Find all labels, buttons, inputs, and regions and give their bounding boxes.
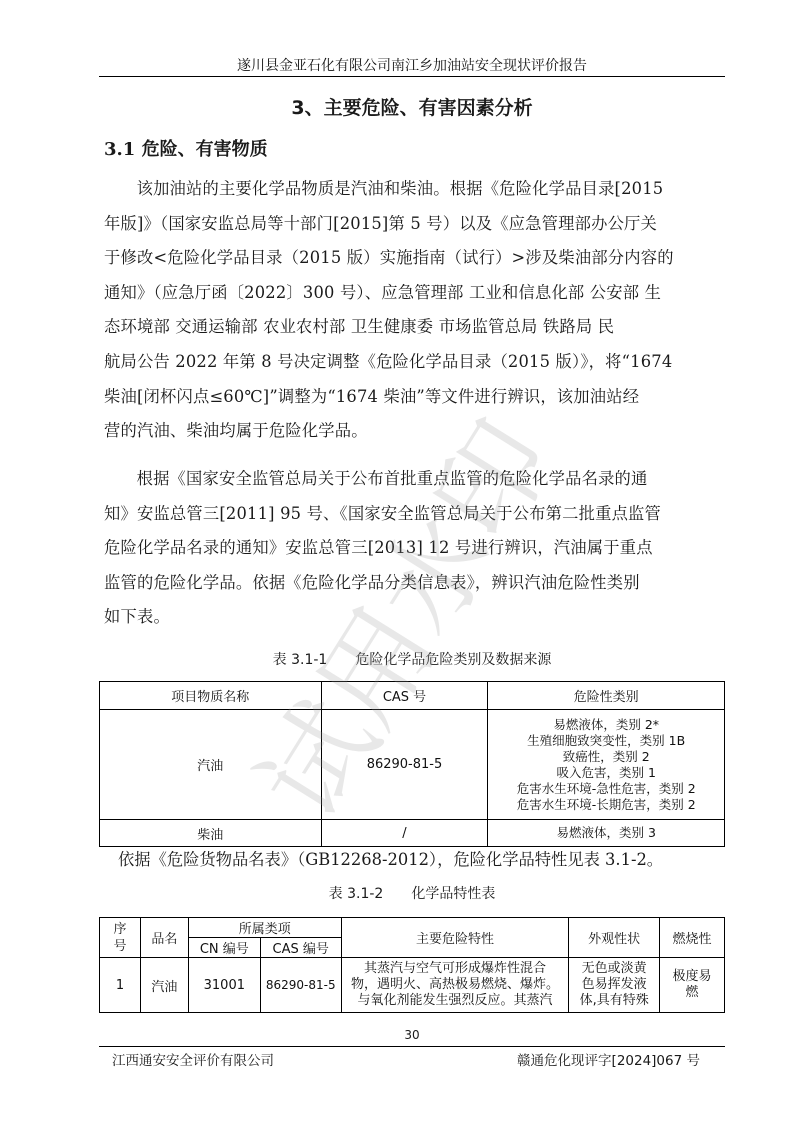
footer-doc-number: 赣通危化现评字[2024]067 号 — [517, 1049, 700, 1069]
paragraph-line: 年版]》（国家安监总局等十部门[2015]第 5 号）以及《应急管理部办公厅关 — [104, 207, 720, 242]
flammability-line: 燃 — [660, 985, 724, 1001]
hazard-line: 与氧化剂能发生强烈反应。其蒸汽 — [342, 993, 569, 1009]
table-header-row: 序号 品名 所属类项 主要危险特性 外观性状 燃烧性 — [100, 918, 725, 938]
paragraph-line: 危险化学品名录的通知》安监总管三[2013] 12 号进行辨识，汽油属于重点 — [104, 531, 720, 566]
running-header: 遂川县金亚石化有限公司南江乡加油站安全现状评价报告 — [99, 58, 725, 74]
table2-caption: 表 3.1-2化学品特性表 — [99, 885, 725, 903]
paragraph-line: 如下表。 — [104, 600, 720, 635]
paragraph-line: 态环境部 交通运输部 农业农村部 卫生健康委 市场监管总局 铁路局 民 — [104, 310, 720, 345]
hazard-class: 易燃液体，类别 2* — [488, 717, 724, 733]
appearance-line: 色易挥发液 — [569, 977, 659, 993]
page-number: 30 — [99, 1028, 725, 1042]
column-header-appearance: 外观性状 — [569, 918, 660, 958]
hazard-class: 生殖细胞致突变性，类别 1B — [488, 733, 724, 749]
table1-caption-title: 危险化学品危险类别及数据来源 — [355, 652, 551, 668]
hazard-classes: 易燃液体，类别 2* 生殖细胞致突变性，类别 1B 致癌性，类别 2 吸入危害，… — [488, 710, 725, 820]
chapter-title: 3、主要危险、有害因素分析 — [99, 95, 725, 121]
flammability-line: 极度易 — [660, 969, 724, 985]
header-divider — [99, 76, 725, 77]
paragraph-line: 知》安监总管三[2011] 95 号、《国家安全监管总局关于公布第二批重点监管 — [104, 497, 720, 532]
hazard-category-table: 项目物质名称 CAS 号 危险性类别 汽油 86290-81-5 易燃液体，类别… — [99, 681, 725, 847]
table-row: 1 汽油 31001 86290-81-5 其蒸汽与空气可形成爆炸性混合 物，遇… — [100, 958, 725, 1013]
cas-number: 86290-81-5 — [321, 710, 488, 820]
column-header-cn: CN 编号 — [188, 938, 260, 958]
column-header-name: 品名 — [140, 918, 188, 958]
appearance-cell: 无色或淡黄 色易挥发液 体,具有特殊 — [569, 958, 660, 1013]
column-header-category: 所属类项 — [188, 918, 341, 938]
column-header-hazard: 主要危险特性 — [341, 918, 569, 958]
table1-caption: 表 3.1-1危险化学品危险类别及数据来源 — [99, 651, 725, 669]
column-header-hazard-class: 危险性类别 — [488, 682, 725, 710]
hazard-line: 物，遇明火、高热极易燃烧、爆炸。 — [342, 977, 569, 993]
flammability-cell: 极度易 燃 — [660, 958, 725, 1013]
paragraph-after-table1: 依据《危险货物品名表》（GB12268-2012），危险化学品特性见表 3.1-… — [118, 850, 663, 870]
paragraph-line: 根据《国家安全监管总局关于公布首批重点监管的危险化学品名录的通 — [104, 462, 720, 497]
section-title: 3.1 危险、有害物质 — [104, 137, 268, 163]
hazard-cell: 其蒸汽与空气可形成爆炸性混合 物，遇明火、高热极易燃烧、爆炸。 与氧化剂能发生强… — [341, 958, 569, 1013]
appearance-line: 无色或淡黄 — [569, 961, 659, 977]
substance-name: 柴油 — [100, 820, 322, 847]
name-cell: 汽油 — [140, 958, 188, 1013]
hazard-class: 危害水生环境-长期危害，类别 2 — [488, 797, 724, 813]
footer-company: 江西通安安全评价有限公司 — [112, 1049, 274, 1069]
appearance-line: 体,具有特殊 — [569, 993, 659, 1009]
paragraph-line: 航局公告 2022 年第 8 号决定调整《危险化学品目录（2015 版）》，将“… — [104, 345, 720, 380]
hazard-line: 其蒸汽与空气可形成爆炸性混合 — [342, 961, 569, 977]
column-header-seq: 序号 — [100, 918, 141, 958]
hazard-class: 危害水生环境-急性危害，类别 2 — [488, 781, 724, 797]
header-label: 序号 — [113, 921, 126, 955]
column-header-substance: 项目物质名称 — [100, 682, 322, 710]
cn-cell: 31001 — [188, 958, 260, 1013]
cas-cell: 86290-81-5 — [260, 958, 341, 1013]
paragraph-identification: 根据《国家安全监管总局关于公布首批重点监管的危险化学品名录的通 知》安监总管三[… — [104, 462, 720, 635]
paragraph-line: 监管的危险化学品。依据《危险化学品分类信息表》，辨识汽油危险性类别 — [104, 566, 720, 601]
paragraph-line: 营的汽油、柴油均属于危险化学品。 — [104, 414, 720, 449]
column-header-flammability: 燃烧性 — [660, 918, 725, 958]
paragraph-substances: 该加油站的主要化学品物质是汽油和柴油。根据《危险化学品目录[2015 年版]》（… — [104, 172, 720, 449]
paragraph-line: 该加油站的主要化学品物质是汽油和柴油。根据《危险化学品目录[2015 — [104, 172, 720, 207]
substance-name: 汽油 — [100, 710, 322, 820]
column-header-cas: CAS 编号 — [260, 938, 341, 958]
table-row: 汽油 86290-81-5 易燃液体，类别 2* 生殖细胞致突变性，类别 1B … — [100, 710, 725, 820]
cas-number: / — [321, 820, 488, 847]
seq-cell: 1 — [100, 958, 141, 1013]
table2-caption-title: 化学品特性表 — [411, 886, 495, 902]
table1-caption-number: 表 3.1-1 — [273, 652, 328, 668]
chemical-properties-table: 序号 品名 所属类项 主要危险特性 外观性状 燃烧性 CN 编号 CAS 编号 … — [99, 917, 725, 1013]
table-row: 柴油 / 易燃液体，类别 3 — [100, 820, 725, 847]
table-header-row: 项目物质名称 CAS 号 危险性类别 — [100, 682, 725, 710]
hazard-class: 致癌性，类别 2 — [488, 749, 724, 765]
paragraph-line: 通知》（应急厅函〔2022〕300 号）、应急管理部 工业和信息化部 公安部 生 — [104, 276, 720, 311]
paragraph-line: 于修改<危险化学品目录（2015 版）实施指南（试行）>涉及柴油部分内容的 — [104, 241, 720, 276]
hazard-class: 吸入危害，类别 1 — [488, 765, 724, 781]
table2-caption-number: 表 3.1-2 — [329, 886, 384, 902]
paragraph-line: 柴油[闭杯闪点≤60℃]”调整为“1674 柴油”等文件进行辨识，该加油站经 — [104, 380, 720, 415]
hazard-classes: 易燃液体，类别 3 — [488, 820, 725, 847]
hazard-class: 易燃液体，类别 3 — [488, 825, 724, 841]
footer-divider — [99, 1046, 725, 1047]
column-header-cas: CAS 号 — [321, 682, 488, 710]
